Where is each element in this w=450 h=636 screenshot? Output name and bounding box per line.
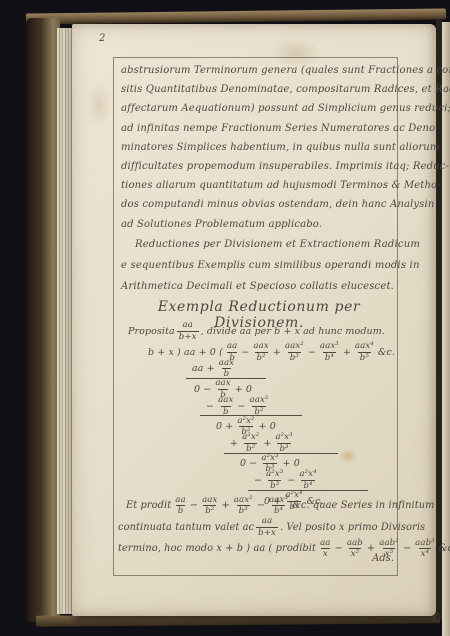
proposita-line: Proposita aab+x , divide aa per b + x ad… <box>128 321 385 341</box>
page-number: 2 <box>99 33 105 44</box>
long-division-block: b + x ) aa + 0 ( aab − aaxb² + aax²b³ − … <box>148 344 408 509</box>
text-line: sitis Quantitatibus Denominatae, composi… <box>121 84 393 103</box>
paragraph-intro: abstrusiorum Terminorum genera (quales s… <box>121 65 393 238</box>
paragraph-et-prodit: Et prodit aab − aaxb² + aax²b³ − aax³b⁴ … <box>118 495 398 560</box>
book-cover-left-edge <box>26 18 60 622</box>
text-line: Et prodit aab − aaxb² + aax²b³ − aax³b⁴ … <box>118 495 398 517</box>
text-line: ad Solutiones Problematum applicabo. <box>121 219 393 238</box>
book-cover-top-edge <box>26 8 446 24</box>
text-line: e sequentibus Exemplis cum similibus ope… <box>121 260 393 281</box>
text-line: affectarum Aequationum) possunt ad Simpl… <box>121 103 393 122</box>
division-row: + a²x²b² + a²x³b³ <box>230 435 408 452</box>
division-row: aa + aaxb <box>192 361 408 378</box>
catchword: Ads. <box>300 553 394 564</box>
text-line: tiones aliarum quantitatum ad hujusmodi … <box>121 180 393 199</box>
division-row: − a²x³b³ − a²x⁴b⁴ <box>254 472 408 489</box>
text-line: difficultates propemodum insuperabiles. … <box>121 161 393 180</box>
text-line: dos computandi minus obvias ostendam, de… <box>121 199 393 218</box>
text-line: ad infinitas nempe Fractionum Series Num… <box>121 123 393 142</box>
text-line: Reductiones per Divisionem et Extraction… <box>121 239 393 260</box>
paragraph-reductiones: Reductiones per Divisionem et Extraction… <box>121 239 393 302</box>
text-line: minatores Simplices habentium, in quibus… <box>121 142 393 161</box>
division-row: − aaxb − aax²b² <box>206 398 408 415</box>
text-line: continuata tantum valet ac aab+x . Vel p… <box>118 517 398 539</box>
division-row: b + x ) aa + 0 ( aab − aaxb² + aax²b³ − … <box>148 344 408 361</box>
text-line: abstrusiorum Terminorum genera (quales s… <box>121 65 393 84</box>
